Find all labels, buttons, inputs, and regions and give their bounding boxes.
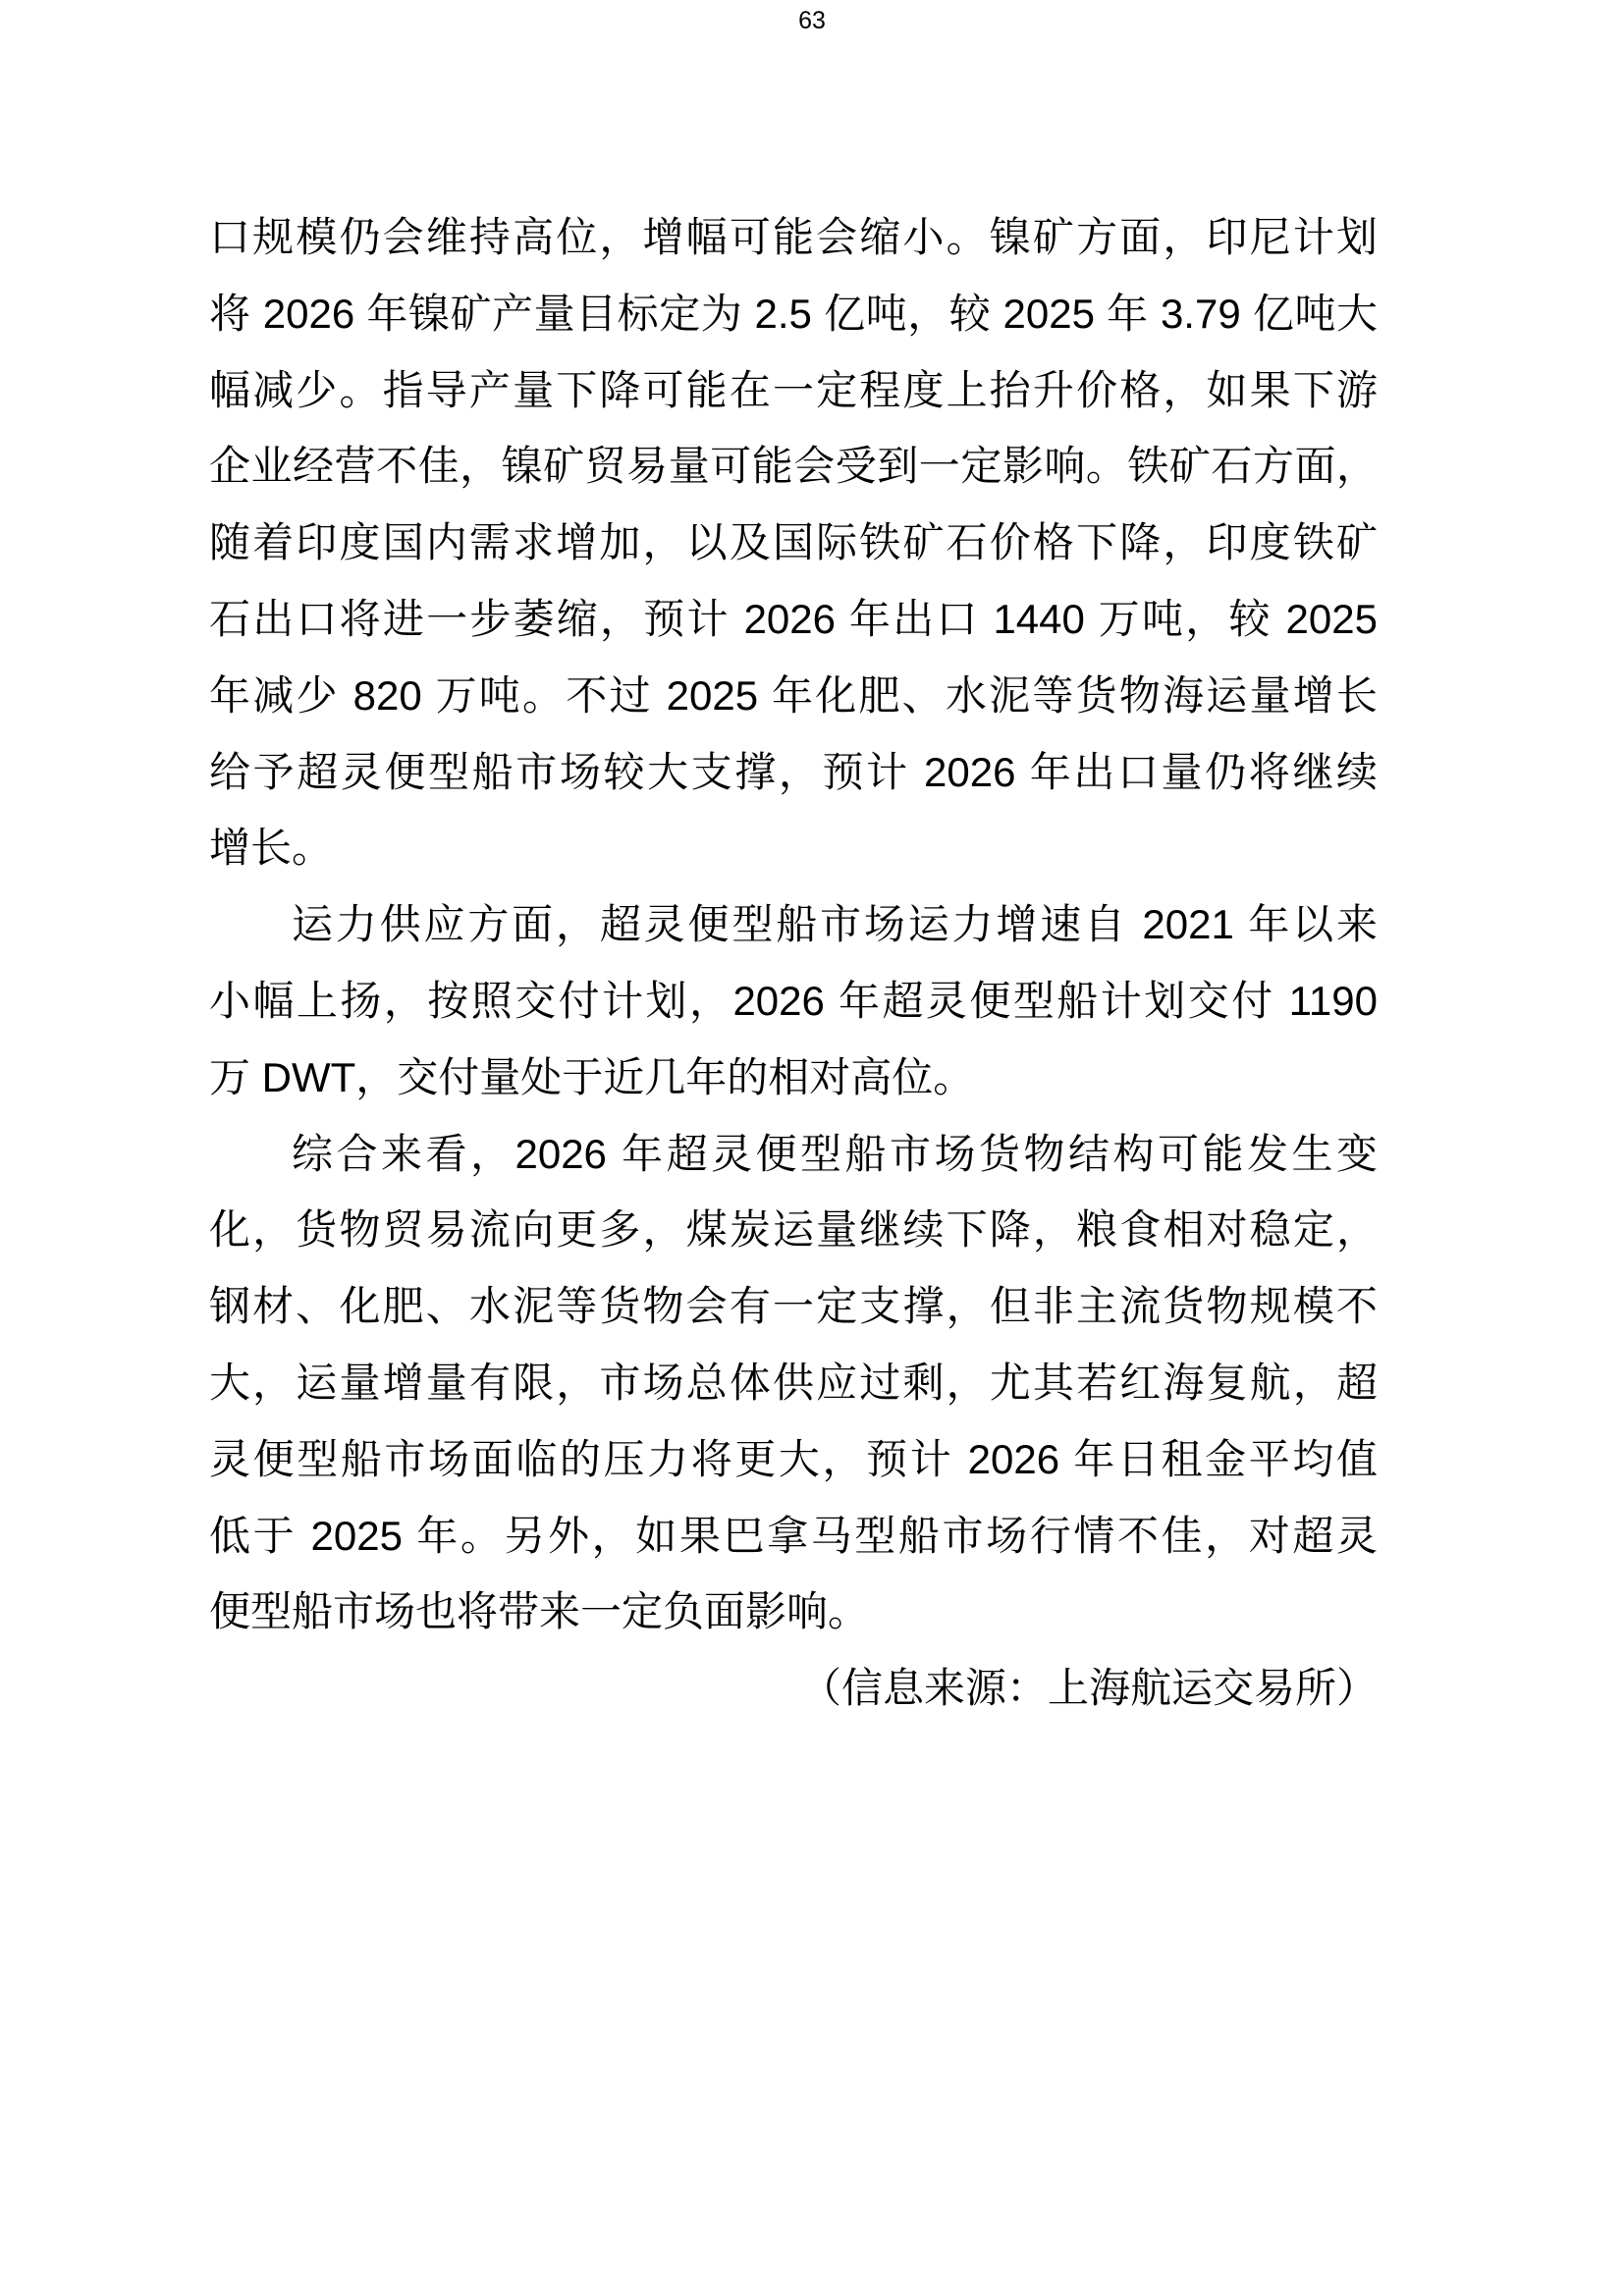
text-line: 石出口将进一步萎缩，预计 2026 年出口 1440 万吨，较 2025: [209, 581, 1378, 658]
text-line: 运力供应方面，超灵便型船市场运力增速自 2021 年以来: [209, 886, 1378, 963]
text-line: 万 DWT，交付量处于近几年的相对高位。: [209, 1040, 1378, 1116]
text-line: 综合来看，2026 年超灵便型船市场货物结构可能发生变: [209, 1116, 1378, 1193]
text-line: 将 2026 年镍矿产量目标定为 2.5 亿吨，较 2025 年 3.79 亿吨…: [209, 276, 1378, 352]
text-line: 灵便型船市场面临的压力将更大，预计 2026 年日租金平均值: [209, 1421, 1378, 1498]
text-line: 给予超灵便型船市场较大支撑，预计 2026 年出口量仍将继续: [209, 734, 1378, 811]
text-line: 钢材、化肥、水泥等货物会有一定支撑，但非主流货物规模不: [209, 1268, 1378, 1345]
source-note: （信息来源：上海航运交易所）: [209, 1650, 1378, 1727]
document-page: 63 口规模仍会维持高位，增幅可能会缩小。镍矿方面，印尼计划 将 2026 年镍…: [0, 0, 1624, 2296]
text-line: 增长。: [209, 810, 1378, 886]
text-line: 化，货物贸易流向更多，煤炭运量继续下降，粮食相对稳定，: [209, 1192, 1378, 1268]
page-number: 63: [0, 5, 1624, 36]
text-line: 小幅上扬，按照交付计划，2026 年超灵便型船计划交付 1190: [209, 963, 1378, 1040]
text-line: 低于 2025 年。另外，如果巴拿马型船市场行情不佳，对超灵: [209, 1498, 1378, 1575]
text-line: 企业经营不佳，镍矿贸易量可能会受到一定影响。铁矿石方面，: [209, 428, 1378, 505]
text-line: 便型船市场也将带来一定负面影响。: [209, 1574, 1378, 1650]
body-text: 口规模仍会维持高位，增幅可能会缩小。镍矿方面，印尼计划 将 2026 年镍矿产量…: [209, 199, 1378, 1727]
text-line: 随着印度国内需求增加，以及国际铁矿石价格下降，印度铁矿: [209, 505, 1378, 581]
text-line: 幅减少。指导产量下降可能在一定程度上抬升价格，如果下游: [209, 352, 1378, 429]
text-line: 大，运量增量有限，市场总体供应过剩，尤其若红海复航，超: [209, 1345, 1378, 1421]
text-line: 口规模仍会维持高位，增幅可能会缩小。镍矿方面，印尼计划: [209, 199, 1378, 276]
text-line: 年减少 820 万吨。不过 2025 年化肥、水泥等货物海运量增长: [209, 658, 1378, 734]
